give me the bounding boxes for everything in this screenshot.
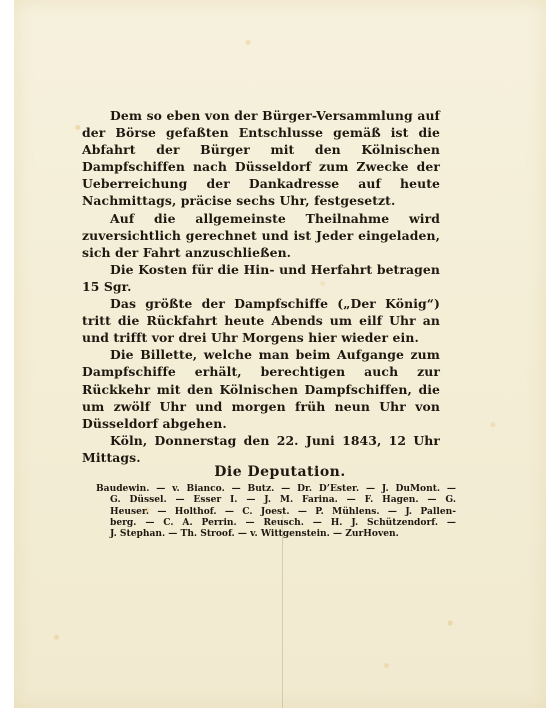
paragraph-invitation: Auf die allgemeinste Theilnahme wird zuv…	[82, 210, 440, 261]
paragraph-cost: Die Kosten für die Hin- und Herfahrt bet…	[82, 261, 440, 295]
signature-heading: Die Deputation.	[14, 464, 546, 480]
paragraph-departure: Dem so eben von der Bürger-Versammlung a…	[82, 107, 440, 210]
members-line: G. Düssel. — Esser I. — J. M. Farina. — …	[96, 494, 456, 505]
deputation-members: Baudewin. — v. Bianco. — Butz. — Dr. D’E…	[96, 483, 456, 539]
members-line: berg. — C. A. Perrin. — Reusch. — H. J. …	[96, 517, 456, 528]
members-line: Baudewin. — v. Bianco. — Butz. — Dr. D’E…	[96, 483, 456, 494]
fold-crease	[282, 515, 283, 708]
members-line: J. Stephan. — Th. Stroof. — v. Wittgenst…	[96, 528, 456, 539]
members-line: Heuser. — Holthof. — C. Joest. — P. Mühl…	[96, 506, 456, 517]
date-line: Köln, Donnerstag den 22. Juni 1843, 12 U…	[82, 432, 440, 466]
paper-sheet: Dem so eben von der Bürger-Versammlung a…	[14, 0, 546, 708]
paragraph-tickets: Die Billette, welche man beim Aufgange z…	[82, 346, 440, 431]
notice-body: Dem so eben von der Bürger-Versammlung a…	[82, 107, 440, 466]
paragraph-return-trip: Das größte der Dampfschiffe („Der König“…	[82, 295, 440, 346]
